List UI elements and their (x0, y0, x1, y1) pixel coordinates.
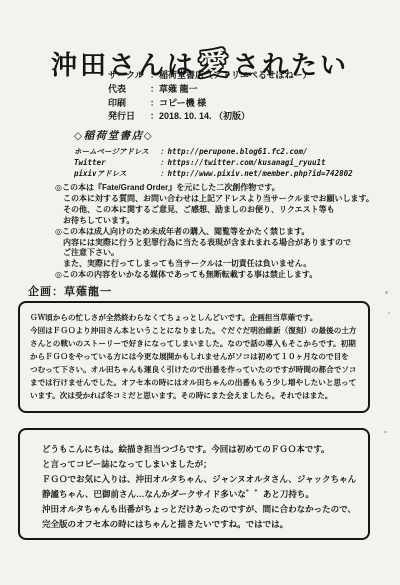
comment-line: います。次は受かれば冬コミだと思います。その時にまた会えましたら。それではまた。 (30, 389, 360, 402)
colophon-row-printing: 印刷：コピー機 様 (108, 97, 312, 111)
notice-adult-content: ◎この本は成人向けのため未成年者の購入、閲覧等をかたく禁じます。 内容には実際に… (55, 227, 387, 271)
notice-no-reproduction: ◎この本の内容をいかなる媒体であっても無断転載する事は禁止します。 (55, 270, 387, 281)
notice-line: ご注意下さい。 (55, 248, 387, 259)
colon: ： (160, 146, 168, 157)
notice-text: この本は『Fate/Grand Order』を元にした二次創作物です。 (62, 183, 280, 192)
circle-links-section: ◇稲荷堂書店◇ ホームページアドレス：http://perupone.blog6… (74, 128, 353, 179)
link-row-pixiv: pixivアドレス：http://www.pixiv.net/member.ph… (74, 168, 353, 179)
scan-speck (385, 291, 388, 294)
artist-comment-box: どうもこんにちは。絵描き担当つづらです。今回は初めてのＦＧＯ本です。 と言ってコ… (18, 428, 370, 540)
comment-line: 今回はＦＧＯより沖田さん本ということになりました。ぐだぐだ明治維新（復刻）の最後… (30, 324, 360, 337)
bullet-icon: ◎ (55, 227, 62, 236)
notice-line: 内容には実際に行うと犯罪行為に当たる表現が含まれまれる場合がありますので (55, 238, 387, 249)
notice-line: ◎この本の内容をいかなる媒体であっても無断転載する事は禁止します。 (55, 270, 387, 281)
colon: ： (150, 83, 159, 97)
colophon-label: 印刷 (108, 97, 150, 111)
notice-derivative-work: ◎この本は『Fate/Grand Order』を元にした二次創作物です。 この本… (55, 183, 387, 227)
link-label: pixivアドレス (74, 168, 160, 179)
comment-line: つむって下さい。オル田ちゃんも運良く引けたので出番を作っていたのですが時間の都合… (30, 363, 360, 376)
planner-comment-box: ＧＷ頃からの忙しさが全然終わらなくてちょっとしんどいです。企画担当草薙です。 今… (18, 301, 370, 413)
bullet-icon: ◎ (55, 270, 62, 279)
colon: ： (160, 157, 168, 168)
colophon-label: サークル (108, 69, 150, 83)
notice-line: ◎この本は成人向けのため未成年者の購入、閲覧等をかたく禁じます。 (55, 227, 387, 238)
plan-credit-heading: 企画：草薙龍一 (28, 283, 366, 303)
comment-line: からＦＧＯをやっている方には今更な展開かもしれませんがソコは初めて１０ヶ月なので… (30, 350, 360, 363)
bullet-icon: ◎ (55, 183, 62, 192)
comment-line: 静謐ちゃん、巴御前さん…なんかダークサイド多いな゛゛あと刀持ち。 (42, 487, 358, 502)
colophon-info: サークル：稲荷堂書店（アトリエぺるせぽねー） 代表：草薙 龍一 印刷：コピー機 … (108, 69, 312, 124)
twitter-url: https://twitter.com/kusanagi_ryuu1t (168, 157, 326, 168)
notice-line: お待ちしています。 (55, 216, 387, 227)
comment-line: と言ってコピー誌になってしまいましたが； (42, 457, 358, 472)
colophon-value: 2018. 10. 14. （初版） (159, 110, 250, 124)
link-row-homepage: ホームページアドレス：http://perupone.blog61.fc2.co… (74, 146, 353, 157)
notice-line: また、実際に行ってしまっても当サークルは一切責任は負いません。 (55, 259, 387, 270)
notice-line: その他、この本に関するご意見、ご感想、励ましのお便り、リクエスト等も (55, 205, 387, 216)
colon: ： (150, 110, 159, 124)
colophon-value: コピー機 様 (159, 97, 206, 111)
colophon-value: 草薙 龍一 (159, 83, 198, 97)
colophon-label: 発行日 (108, 110, 150, 124)
comment-line: どうもこんにちは。絵描き担当つづらです。今回は初めてのＦＧＯ本です。 (42, 442, 358, 457)
circle-name-heading: ◇稲荷堂書店◇ (74, 128, 353, 143)
colon: ： (160, 168, 168, 179)
notice-text: この本の内容をいかなる媒体であっても無断転載する事は禁止します。 (62, 270, 317, 279)
comment-line: 沖田オルタちゃんも出番がちょっとだけあったのですが、間に合わなかったので、 (42, 502, 358, 517)
link-row-twitter: Twitter：https://twitter.com/kusanagi_ryu… (74, 157, 353, 168)
comment-line: ＧＷ頃からの忙しさが全然終わらなくてちょっとしんどいです。企画担当草薙です。 (30, 311, 360, 324)
colophon-row-representative: 代表：草薙 龍一 (108, 83, 312, 97)
notice-line: ◎この本は『Fate/Grand Order』を元にした二次創作物です。 (55, 183, 387, 194)
homepage-url: http://perupone.blog61.fc2.com/ (168, 146, 308, 157)
colophon-row-publish-date: 発行日：2018. 10. 14. （初版） (108, 110, 312, 124)
colophon-value: 稲荷堂書店（アトリエぺるせぽねー） (159, 69, 312, 83)
pixiv-url: http://www.pixiv.net/member.php?id=74280… (168, 168, 353, 179)
notice-text: この本は成人向けのため未成年者の購入、閲覧等をかたく禁じます。 (62, 227, 309, 236)
colon: ： (150, 97, 159, 111)
scan-speck (388, 312, 390, 314)
scan-speck (384, 431, 387, 433)
disclaimer-notices: ◎この本は『Fate/Grand Order』を元にした二次創作物です。 この本… (55, 183, 387, 281)
colophon-row-circle: サークル：稲荷堂書店（アトリエぺるせぽねー） (108, 69, 312, 83)
comment-line: 完全版のオフセ本の時にはちゃんと描きたいですね。ではでは。 (42, 517, 358, 532)
link-label: Twitter (74, 157, 160, 168)
link-label: ホームページアドレス (74, 146, 160, 157)
comment-line: ＦＧＯでお気に入りは、沖田オルタちゃん、ジャンヌオルタさん、ジャックちゃん (42, 472, 358, 487)
notice-line: この本に対する質問、お問い合わせは上記アドレスより当サークルまでお願いします。 (55, 194, 387, 205)
colophon-label: 代表 (108, 83, 150, 97)
doujin-colophon-page: 沖田さんは愛されたい サークル：稲荷堂書店（アトリエぺるせぽねー） 代表：草薙 … (0, 0, 400, 585)
comment-line: までは行けませんでした。オフセ本の時にはオル田ちゃんの出番ももう少し増やしたいと… (30, 376, 360, 389)
comment-line: さんとの戦いのストーリーで好きになってしまいました。なので話の導入もそこからです… (30, 337, 360, 350)
colon: ： (150, 69, 159, 83)
